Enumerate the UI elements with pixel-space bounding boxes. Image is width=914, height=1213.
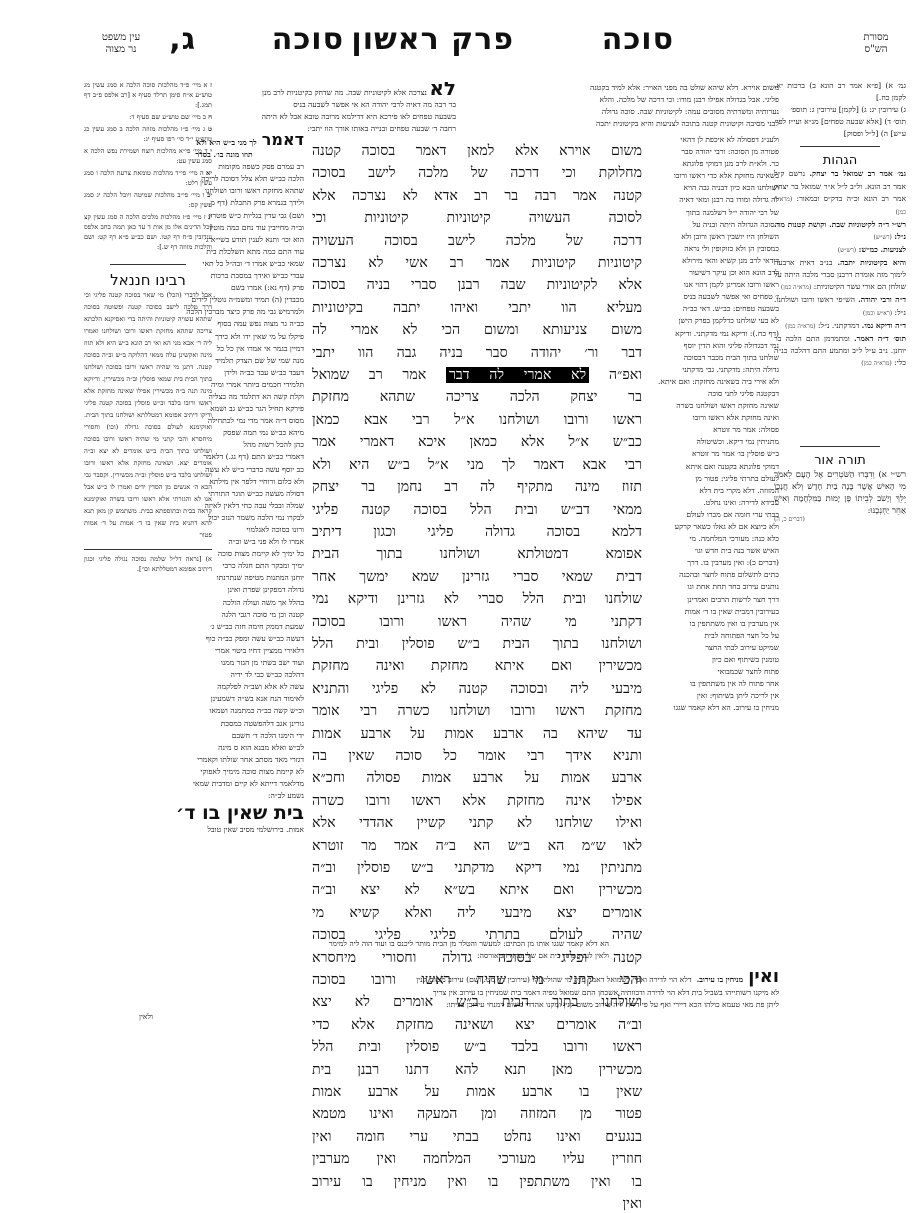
highlighted-phrase[interactable]: לא אמרי לה דבר: [446, 367, 589, 383]
gemara-lines: בר יצחק הלכה צריכה שתהא מחזקתראשו ורובו …: [312, 386, 642, 1193]
rashi-line: שמיקט עירוב לבתי החצר: [651, 642, 779, 654]
rashi-line: נותנים עירוב בחד תחת אחת וגו: [651, 581, 779, 593]
tosafot-line: לא קיימת מצות סוכה מימיך לאפוקי: [144, 766, 304, 778]
tosafot-line: בהלל אך משה ועולה הולכה: [144, 597, 304, 609]
tosafot-line: עשה לא אלא ושב״ה לפלקמה: [144, 681, 304, 693]
mesoret-hashas-label: מסורת הש"ס: [846, 32, 906, 56]
rashi-top: משום אוירא. דלא שיהא שולט בה מפני האויר:…: [459, 82, 779, 130]
gemara-line: ממאי דב״ש ובית הלל בסוכה קטנה פליגי: [312, 499, 642, 521]
rashi-line: של רבי יהודה י״ל דשלמנה בתוך: [651, 207, 779, 219]
rabbeinu-chananel-text: אבל לדברי (הכל) מי שאר בסוכה קטנה פליגי …: [84, 289, 212, 541]
gemara-line: דלמא בסוכה גדולה פליגי וכגון דיתיב: [312, 521, 642, 543]
gemara-line: מכשירין ואם איתא מחזקת ואינה מחזקת: [312, 655, 642, 677]
gemara-line: דבר ור׳ יהודה סבר בניה גבה הוו יתבי: [312, 342, 642, 364]
ein-mishpat-entry: יב ו מיי׳ פי״ב מהלכות שמיטה ויובל הלכה י…: [84, 190, 212, 210]
entry-text: א מיי׳ פ״ד מהלכות סוכה הלכה א סמג עשין מ…: [84, 81, 212, 109]
rashi-line: מתניתין נמי דיקא. וכשיטולה: [651, 436, 779, 448]
rashi-line: ולענ״ג דפסולה לא איכפת לן דהאי: [651, 134, 779, 146]
rashi-line: בשבעה טפחים: כב״ש. דאי כב״ה: [651, 303, 779, 315]
gemara-line: מעליא הוו יתבי ואיהו יתבה בקיטוניות: [312, 297, 642, 319]
tosafot-line: קטנה וכן מי סוכה רגבי הלגה: [144, 609, 304, 621]
torah-or-ref: (דברים כ, ה): [774, 516, 906, 523]
gemara-line: שולחנו ובית הלל סברי לא גזרינן ודיקא נמי: [312, 588, 642, 610]
gemara-line: לאו ש״מ הא ב״ש הא ב״ה אמר מר זוטרא: [312, 835, 642, 857]
hagahot-entry: ד״ה ודיקא נמי. דמדקתני. נ״ל: (מרא״ה כמן): [774, 320, 906, 333]
gemara-lines: משום אוירא אלא למאן דאמר בסוכה קטנהמחלוק…: [312, 140, 642, 364]
footnote-rule: [84, 549, 212, 550]
entry-mark: יג: [208, 213, 212, 221]
rashi-line: (דף כח.): ודיקא נמי מדקתני. ודיקא: [651, 328, 779, 340]
entry-text: ג מיי׳ פ״ו מהלכות מזוזה הלכה ב סמג עשין …: [84, 125, 212, 143]
gemara-line: אפומא דמטולתא ושולחנו בתוך הבית: [312, 543, 642, 565]
gemara-line: ראשו ורובו בלבד ב״ש פוסלין ובית הלל: [312, 1036, 642, 1058]
entry-text: ד מיי׳ פי״א מהלכות רוצח ושמירת נפש הלכה …: [84, 147, 212, 165]
hagahot-entry: והיא בקיטוניות יתבה. בנ״ב דאית ארבעה לימ…: [774, 257, 906, 294]
gemara-catchword: ואין: [312, 1193, 642, 1213]
tosafot-line: דגזרי מאד מסתב אחר שולתו וקאמרי: [144, 754, 304, 766]
rashi-line: ושולחנו הכא כיון דבניה גבה הויא: [651, 182, 779, 194]
rashi-line: שולחנו בתוך הבית מכבר דבסוכה: [651, 352, 779, 364]
tosafot-line: לב״ש ואלא מבנא הוא ס מינה: [144, 742, 304, 754]
gemara-line: מכשירין מאן תנא להא דתנו רבנן בית: [312, 1059, 642, 1081]
gemara-line: משום צניעותא ומשום הכי לא אמרי לה: [312, 319, 642, 341]
ein-mishpat-entry: יא ה מיי׳ פי״ד מהלכות טומאת צרעת הלכה ו …: [84, 168, 212, 188]
gemara-line: דקתני מי שהיה ראשו ורובו בסוכה: [312, 611, 642, 633]
tosafot-line: דהלכה כב״ש כבי לד ידיה: [144, 669, 304, 681]
hagahot-entries: גמ׳ אמר רב שמואל בר יצחק. נרשם ק״ל אמר ר…: [774, 168, 906, 370]
gemara-line: דבית שמאי סברי גזרינן שמא ימשך אחר: [312, 566, 642, 588]
gemara-line: פטור מן המזוזה ומן המעקה ואינו מטמא: [312, 1103, 642, 1125]
gemara-line: ותניא אידך רבי אומר כל סוכה שאין בה: [312, 745, 642, 767]
tosafot-line: נשמע לב״ה:: [144, 790, 304, 802]
rashi-line: בשאינה מחזקת אלא כדי ראשו ורובו: [651, 170, 779, 182]
rabbeinu-chananel-title: רבינו חננאל: [84, 271, 212, 289]
gemara-line: בנגעים ואינו נחלט בבתי ערי חומה ואין: [312, 1126, 642, 1148]
rashi-line: כמסובין הן ולא כזוקופין ולי נראה: [651, 243, 779, 255]
hagahot-entry: לצניעות. כמ״ש: (רש״ש): [774, 244, 906, 257]
gemara-line: אלא לקיטוניות שבה רבנן סברי בניה בסוכה: [312, 274, 642, 296]
rashi-line: כתים לתשלום פתוח לחצר ובהכנה: [651, 569, 779, 581]
rashi-line: אחר פתוח לה אין משתתפין בו: [651, 678, 779, 690]
tosafot-line: לאימוד הנח אנא בש״ה דשמעינן: [144, 693, 304, 705]
rashi-line: בעירובין דמבית שאין בו ד׳ אמות: [651, 606, 779, 618]
ein-mishpat-entry: ח ב מיי׳ שם טוש״ע שם סעיף ד:: [84, 112, 212, 122]
gemara-line: קיטוניות קיטוניות אמר רב אשי לא נצרכה: [312, 252, 642, 274]
page-header: מסורת הש"ס סוכה פרק ראשון סוכה ג, עין מש…: [0, 0, 914, 70]
gemara-line: מחזקת ראשו ורובו ושולחנו כשרה רבי אומר: [312, 700, 642, 722]
gemara-line: ראשו ורובו ושולחנו א״ל רבי אבא כמאן: [312, 409, 642, 431]
rashi-line: טומנין בשיתוף ואם כיון: [651, 654, 779, 666]
tosafot-line: מדלאמר דייתא לא קיים ומדבית שמאי: [144, 778, 304, 790]
rashi-bottom-catchword: ולאין: [139, 1011, 779, 1023]
rashi-line: ולא אירי ביה בשאינה מחזקת: ואם איתא.: [651, 376, 779, 388]
rashi-line: לבני מסיבה וקיטונית קטנה בתוכה לצניעות ו…: [459, 118, 779, 130]
gemara-line: עד שיהא בה ארבע אמות על ארבע אמות: [312, 723, 642, 745]
gemara-line: מיבעי ליה ובסוכה קטנה לא פליגי והתניא: [312, 678, 642, 700]
rashi-line: פתוח לחצר שכמבואי: [651, 666, 779, 678]
hagahot-entry: ד״ה ורבי יהודה. הש״פי ראשו ורובו ושולחנו…: [774, 294, 906, 319]
gemara-text: משום אוירא אלא למאן דאמר בסוכה קטנהמחלוק…: [312, 140, 642, 1213]
rashi-bottom-mid: הא דלא קאמר שגגו אותו מן הכתים: למעשר וה…: [139, 938, 779, 950]
gemara-line: ארבע אמות על ארבע אמות פסולה וחכ״א: [312, 767, 642, 789]
gemara-line: שאין בו ארבע אמות על ארבע אמות: [312, 1081, 642, 1103]
rashi-line: השולחן היו יושבין ראשן ורובן ולא: [651, 231, 779, 243]
hagahot-entry: תוס׳ ד״ה דאמר. ומתמדמן התם הלכה בר יוחנן…: [774, 333, 906, 370]
rashi-line: דרך חצר לרשות הרבים ואמרינן: [651, 594, 779, 606]
torah-or-verse: רש״י א) וְדִבְּרוּ הַשֹּׁטְרִים אֶל הָעָ…: [774, 468, 906, 516]
tosafot-line: שמעת דממק חימה חזה כב״ש ג׳: [144, 621, 304, 633]
gemara-line: חוזרין עליו מעורכי המלחמה ואין מערבין: [312, 1148, 642, 1170]
ornament-divider: [800, 146, 879, 147]
entry-text: ו מיי׳ פי״ב מהלכות שמיטה ויובל הלכה יג ס…: [84, 191, 212, 209]
rashi-line: (דברים כ): ואין מערבין בו. דרך: [651, 557, 779, 569]
mesoret-entry: תוס׳ ד) [אלא שבעה טפחים] מנ״א ועי״ז לפי׳: [774, 116, 906, 128]
rashi-line: הסוכה הגדולה היתה ובניה על: [651, 219, 779, 231]
tosafot-line: ועוד ישב בשתי מן הגזר ממנו: [144, 657, 304, 669]
gemara-line: תזוז מינה מתקיף לה רב נחמן בר יצחק: [312, 476, 642, 498]
rashi-line: כלא כנה: מעורכי המלחמה. מי: [651, 533, 779, 545]
tosafot-line: ידי הימנו הלכה ד׳ חשבם: [144, 730, 304, 742]
ein-mishpat-entries: ז א מיי׳ פ״ד מהלכות סוכה הלכה א סמג עשין…: [84, 80, 212, 252]
rashi-line: פטורה מן הסוכה: ורבי יהודה סבר: [651, 146, 779, 158]
rashi-line: לרב הונא הוא וכן עיקר דשיעור: [651, 267, 779, 279]
rashi-line: האיש אשר בנה בית חדש וגו׳: [651, 545, 779, 557]
tosafot-line: יוחנן המתנות מטיפה שנתרנתו: [144, 572, 304, 584]
rashi-line: גדולה היתה: מדקתני. גבי מדקתני: [651, 364, 779, 376]
mesoret-entry: ע״ש] ה) [ל״ל ופסוק]: [774, 128, 906, 140]
rashi-line: על כל חצר הפתוחה לבית: [651, 630, 779, 642]
entry-mark: י: [210, 147, 212, 155]
entry-mark: ח: [208, 113, 212, 121]
tosafot-line: דלאירי ממציין דחיו ביטוי אמרי: [144, 645, 304, 657]
gemara-line: לסוכה העשויה קיטוניות קיטוניות וכי: [312, 207, 642, 229]
rashi-side: ולענ״ג דפסולה לא איכפת לן דהאיפטורה מן ה…: [651, 134, 779, 715]
gemara-line: רבי אבא דאמר לך מני א״ל ב״ש היא ולא: [312, 454, 642, 476]
rashi-bottom-line: לא מיקנו רשותייהו בשביל בית דלא הוי לדיר…: [139, 987, 779, 999]
gemara-line: קטנה אמר רבה בר רב אדא לא נצרכה אלא: [312, 185, 642, 207]
folio-number: ג,: [169, 22, 196, 57]
rashi-line: מניחין בו עירוב. הא דלא קאמר שגגו: [651, 702, 779, 714]
gemara-line: מתניתין נמי דיקא מדקתני ב״ש פוסלין וב״ה: [312, 857, 642, 879]
entry-mark: יא: [206, 169, 212, 177]
gemara-line: כב״ש א״ל אלא כמאן איכא דאמרי אמר: [312, 431, 642, 453]
rashi-line: עבידא לדירה: ואינו נחלט.: [651, 497, 779, 509]
rashi-line: ראשו ורובו אמריגן לקמן דהוי אנו: [651, 279, 779, 291]
rashi-side-lines: ולענ״ג דפסולה לא איכפת לן דהאיפטורה מן ה…: [651, 134, 779, 715]
entry-mark: יב: [207, 191, 212, 199]
rashi-line: אין לריכה ליתן בשיתוף: ואין: [651, 690, 779, 702]
ein-mishpat-entry: יג ז מיי׳ פ״ז מהלכות מלכים הלכה ה סמג עש…: [84, 212, 212, 252]
gemara-line: משום אוירא אלא למאן דאמר בסוכה קטנה: [312, 140, 642, 162]
entry-mark: ז: [210, 81, 212, 89]
rashi-line: המזוזה. דלא מקרי בית דלא: [651, 485, 779, 497]
tosafot-end-line: אמות. בירושלמי מסיב שאין טובל: [144, 824, 304, 836]
rashi-line: לה גדולה ומודו בה רבנן ומאי דאיה: [651, 194, 779, 206]
ein-mishpat: ז א מיי׳ פ״ד מהלכות סוכה הלכה א סמג עשין…: [84, 80, 212, 574]
mesoret-hashas: גמ׳ א) [פ״א אמר רב הונא ב) ברכות יא. לקמ…: [774, 80, 906, 523]
mesoret-entry: ג) עירובין יג: ג) [לקמן] עירובין ג: תוספ…: [774, 104, 906, 116]
tosafot-line: וכ״ש קשה כב״ה כמתמנה ושמאו: [144, 705, 304, 717]
ein-mishpat-entry: ז א מיי׳ פ״ד מהלכות סוכה הלכה א סמג עשין…: [84, 80, 212, 110]
ornament-divider: [800, 446, 879, 447]
rashi-line: לא בעי שולחנו כדלקמן בפרק הישן: [651, 315, 779, 327]
rashi-line: דבקטנה פליגי לתני סוכה: [651, 388, 779, 400]
rashi-line: לעולם בתרתי פליגי: פטור מן: [651, 473, 779, 485]
rashi-bottom-mid: ולאין לענין פתח בית אם של נערה המאורסה:: [139, 950, 779, 962]
tractate-name-left: סוכה: [272, 22, 344, 57]
chananel-footnote: א) [נראה דל״ל שלמה נסוכה נגולה פליגי וכג…: [84, 554, 212, 574]
entry-text: ב מיי׳ שם טוש״ע שם סעיף ד:: [129, 113, 206, 121]
tosafot-line: דעשה כב״ש עשה ומפק כב״ה כוף: [144, 633, 304, 645]
torah-or-title: תורה אור: [774, 453, 906, 468]
hagahot-entry: רש״י ד״ה לקיטוניות שבת. וקושת קטנות מר. …: [774, 219, 906, 244]
rashi-line: משום אוירא. דלא שיהא שולט בה מפני האויר:…: [459, 82, 779, 94]
gemara-line: ואילו שולחנו לא קתני קשיין אהדדי אלא: [312, 812, 642, 834]
tosafot-dibbur-bayit: בית שאין בו ד׳: [144, 802, 304, 824]
rashi-bottom-line: ואין מניחין בו עירוב. דלא הוי לדירה ואפי…: [139, 966, 779, 987]
mesoret-entry: גמ׳ א) [פ״א אמר רב הונא ב) ברכות יא. לקמ…: [774, 80, 906, 104]
gemara-line: ושולחנו בתוך הבית ב״ש פוסלין ובית הלל: [312, 633, 642, 655]
rashi-line: דודאי לרב מנן קשיא והאי מירולא: [651, 255, 779, 267]
hagahot-entry: גמ׳ אמר רב שמואל בר יצחק. נרשם ק״ל אמר ר…: [774, 168, 906, 218]
rashi-line: בבתי ערי חומה אם מכרו לעולם: [651, 509, 779, 521]
gemara-line: דרכה של מלכה לישב בסוכה העשויה: [312, 230, 642, 252]
ein-mishpat-label: עין משפט נר מצוה: [86, 32, 156, 56]
rashi-line: כר. ולא״ת לרב מנן דמוקי פלוגתא: [651, 158, 779, 170]
gemara-line: אפילו אינה מחזקת אלא ראשו ורובו כשרה: [312, 790, 642, 812]
rashi-line: פסולה: אמר מר זוטרא: [651, 424, 779, 436]
rashi-line: נערותיה ומשרתיה מסובים עמה: לקיטוניות שב…: [459, 106, 779, 118]
gemara-line: מכשירין ואם איתא בש״א לא יצא וב״ה: [312, 879, 642, 901]
entry-mark: ט: [208, 125, 212, 133]
rashi-line: שאינה מחזקת ראשו ושולחנו כשרה: [651, 400, 779, 412]
rashi-line: נמי דבגדולה פליגי והוא הדין יוסף: [651, 340, 779, 352]
rashi-line: דמוקי פלוגתא בקטנה ואם איתא: [651, 461, 779, 473]
rashi-line: ולא כיוצא אם לא גאלו כשאר קרקע: [651, 521, 779, 533]
hagahot-title: הגהות: [774, 153, 906, 168]
gemara-line-highlight: ואפ״ה לא אמרי לה דבר אמר רב שמואל: [312, 364, 642, 386]
gemara-line: בר יצחק הלכה צריכה שתהא מחזקת: [312, 386, 642, 408]
entry-text: ה מיי׳ פי״ד מהלכות טומאת צרעת הלכה ו סמג…: [84, 169, 212, 187]
ornament-divider: [110, 264, 187, 265]
tractate-name-right: סוכה: [602, 22, 674, 57]
entry-text: ז מיי׳ פ״ז מהלכות מלכים הלכה ה סמג עשין …: [84, 213, 212, 251]
tosafot-line: גורינן אגב דלהפשטה כמסכת: [144, 718, 304, 730]
ein-mishpat-entry: ט ג מיי׳ פ״ו מהלכות מזוזה הלכה ב סמג עשי…: [84, 124, 212, 144]
rashi-line: ואינה מחזקת אלא ראשו ורובו: [651, 412, 779, 424]
rashi-bottom: הא דלא קאמר שגגו אותו מן הכתים: למעשר וה…: [139, 938, 779, 1023]
rashi-line: ז׳ טפחים ואי אפשר לשבעה בניס: [651, 291, 779, 303]
rashi-line: פליגי. אבל בגדולה אפילו רבנן מודו: וכי ד…: [459, 94, 779, 106]
gemara-line: אומרים יצא מיבעי ליה ואלא קשיא מי: [312, 902, 642, 924]
gemara-line: מחלוקת וכי דרכה של מלכה לישב בסוכה: [312, 162, 642, 184]
rashi-bottom-line: ליתן פת מאי טעמא כולהו הכא דיירי ואף על …: [139, 999, 779, 1011]
rashi-line: ב״ש פוסלין בו׳ אמר מר זוטרא: [651, 448, 779, 460]
rashi-line: אין מערבין בו ואין משתתפין בו: [651, 618, 779, 630]
chapter-name: פרק ראשון: [351, 22, 514, 57]
gemara-line: בו ואין משתתפין בו ואין מניחין בו עירוב: [312, 1171, 642, 1193]
ein-mishpat-entry: י ד מיי׳ פי״א מהלכות רוצח ושמירת נפש הלכ…: [84, 146, 212, 166]
tosafot-line: גדולה דמפקינן שפרת ואינן: [144, 584, 304, 596]
